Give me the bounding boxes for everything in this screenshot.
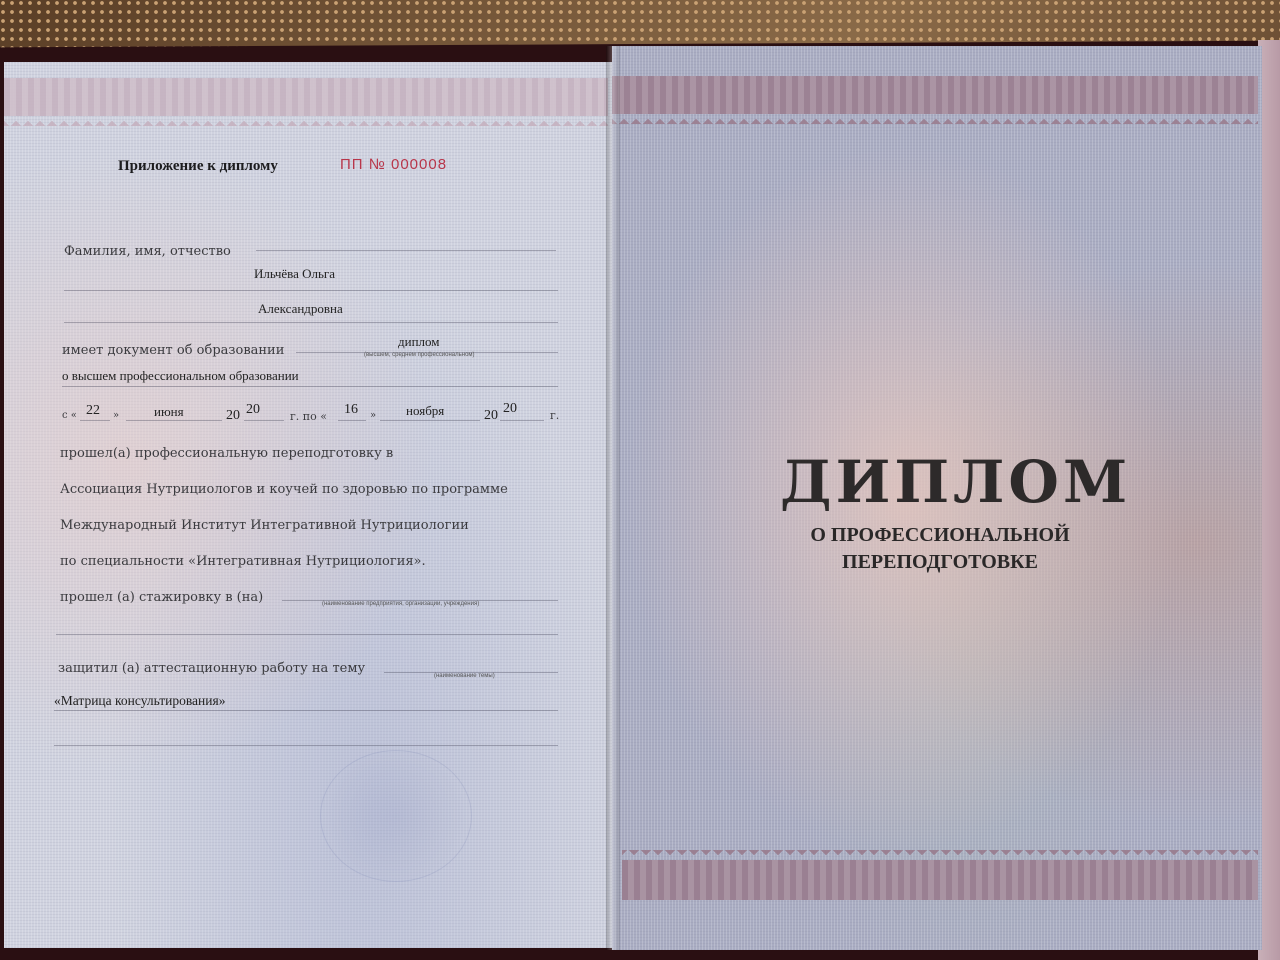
date-from-year-rule bbox=[244, 420, 284, 421]
date-from-day: 22 bbox=[86, 403, 100, 419]
date-to-month-rule bbox=[380, 420, 480, 421]
edu-doc-value2: о высшем профессиональном образовании bbox=[62, 368, 299, 384]
guilloche-band-bottom-right bbox=[622, 860, 1258, 900]
date-from-day-rule bbox=[80, 420, 110, 421]
date-from-month-rule bbox=[126, 420, 222, 421]
edu-doc-value: диплом bbox=[398, 334, 440, 350]
fio-rule-2 bbox=[64, 290, 558, 291]
fio-line2: Александровна bbox=[258, 301, 343, 317]
date-from-year-prefix: 20 bbox=[226, 408, 240, 424]
specialty-line: по специальности «Интегративная Нутрицио… bbox=[60, 554, 426, 569]
date-to-day: 16 bbox=[344, 402, 358, 418]
retraining-line: прошел(а) профессиональную переподготовк… bbox=[60, 446, 393, 461]
fio-rule-3 bbox=[64, 322, 558, 323]
fio-label: Фамилия, имя, отчество bbox=[64, 244, 231, 259]
date-from-quote: » bbox=[113, 410, 119, 421]
appendix-header: Приложение к диплому bbox=[118, 158, 278, 175]
date-from-prefix: с « bbox=[62, 410, 77, 421]
thesis-hint: (наименование темы) bbox=[434, 673, 495, 679]
internship-label: прошел (а) стажировку в (на) bbox=[60, 590, 263, 605]
thesis-label: защитил (а) аттестационную работу на тем… bbox=[58, 661, 365, 676]
date-to-year-prefix: 20 bbox=[484, 408, 498, 424]
diploma-title: ДИПЛОМ bbox=[780, 448, 1131, 516]
book-spine bbox=[606, 46, 620, 950]
program-line: Международный Институт Интегративной Нут… bbox=[60, 518, 469, 533]
guilloche-band-top-right bbox=[612, 76, 1258, 114]
thesis-value: «Матрица консультирования» bbox=[54, 693, 225, 709]
org-line: Ассоциация Нутрициологов и коучей по здо… bbox=[60, 482, 508, 497]
edu-doc-label: имеет документ об образовании bbox=[62, 343, 284, 358]
thesis-rule-3 bbox=[54, 745, 558, 746]
diploma-subtitle-line2: ПЕРЕПОДГОТОВКЕ bbox=[760, 551, 1120, 574]
date-from-month: июня bbox=[154, 404, 184, 420]
date-to-quote: » bbox=[370, 410, 376, 421]
edu-doc-hint: (высшем, среднем профессиональном) bbox=[364, 352, 475, 358]
internship-hint: (наименование предприятия, организации, … bbox=[322, 601, 479, 607]
thesis-rule-2 bbox=[54, 710, 558, 711]
fio-line1: Ильчёва Ольга bbox=[254, 266, 335, 282]
series-number: ПП № 000008 bbox=[340, 156, 447, 173]
date-to-year-rule bbox=[500, 420, 544, 421]
date-to-prefix: г. по « bbox=[290, 410, 327, 423]
date-suffix: г. bbox=[550, 409, 559, 422]
internship-rule-2 bbox=[56, 634, 558, 635]
fio-rule bbox=[256, 250, 556, 251]
faint-stamp bbox=[320, 750, 472, 882]
date-to-month: ноября bbox=[406, 403, 444, 419]
date-from-year: 20 bbox=[246, 402, 260, 418]
diploma-subtitle-line1: О ПРОФЕССИОНАЛЬНОЙ bbox=[760, 524, 1120, 547]
guilloche-band-top-left bbox=[4, 78, 608, 116]
edu-doc-rule-2 bbox=[62, 386, 558, 387]
left-page-insert bbox=[4, 62, 612, 948]
date-to-year: 20 bbox=[503, 401, 517, 417]
date-to-day-rule bbox=[338, 420, 366, 421]
